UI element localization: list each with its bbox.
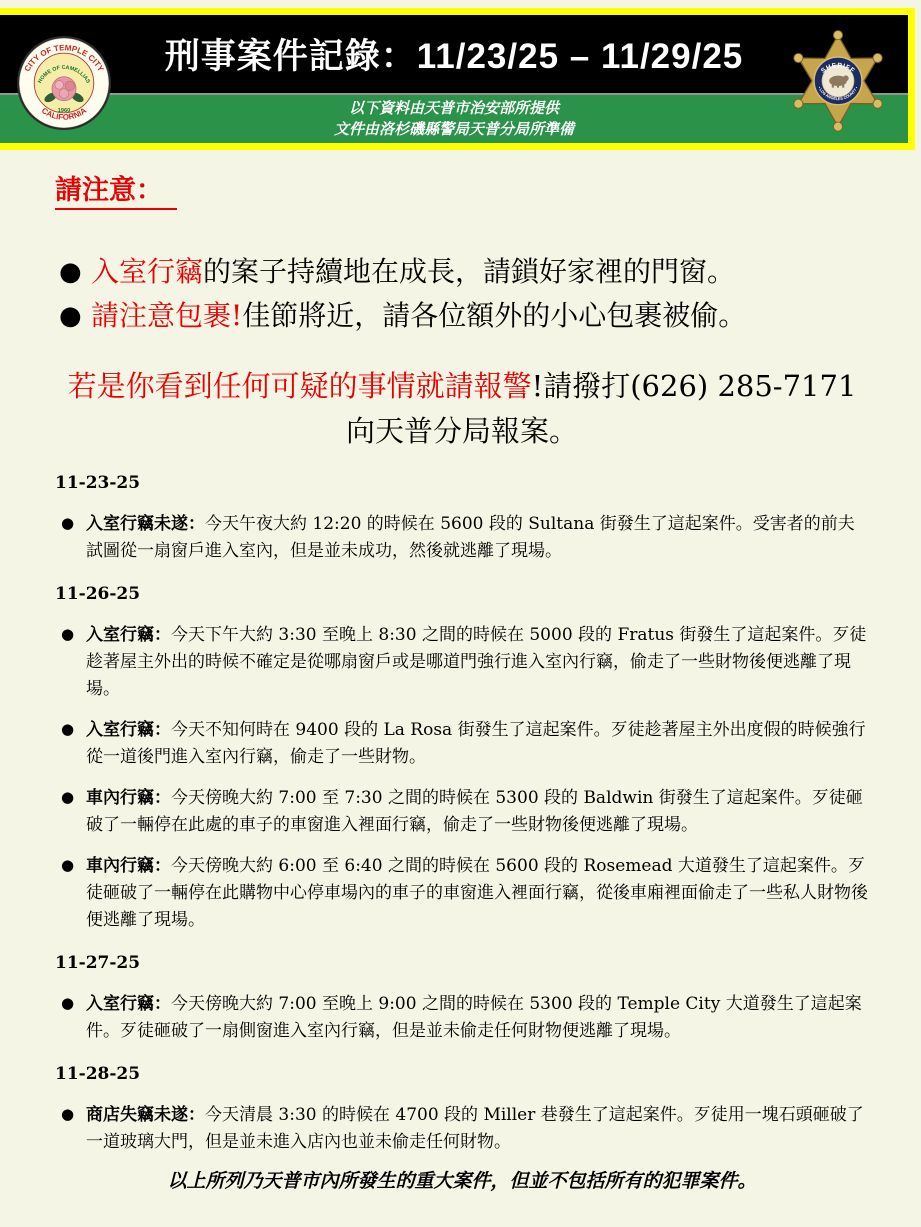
document-body: 請注意： ●入室行竊的案子持續地在成長，請鎖好家裡的門窗。 ●請注意包裹!佳節將… [0,150,921,1195]
warning-red-text: 若是你看到任何可疑的事情就請報警 [68,369,532,403]
notice-item: ●請注意包裹!佳節將近，請各位額外的小心包裹被偷。 [55,294,869,338]
notice-list: ●入室行竊的案子持續地在成長，請鎖好家裡的門窗。 ●請注意包裹!佳節將近，請各位… [55,250,869,338]
bullet-icon: ● [61,510,74,537]
header-banner: 刑事案件記錄：11/23/25 – 11/29/25 以下資料由天普市治安部所提… [0,8,915,150]
bullet-icon: ● [61,784,74,811]
notice-heading: 請注意： [55,174,177,210]
case-date-heading: 11-26-25 [55,581,869,608]
bullet-icon: ● [61,1101,74,1128]
sheriff-star-badge-icon: SHERIFF • LOS ANGELES COUNTY • [786,25,890,143]
case-type-label: 商店失竊未遂： [86,1105,205,1125]
bullet-icon: ● [61,852,74,879]
subtitle-line-1: 以下資料由天普市治安部所提供 [349,98,559,119]
case-entry-text: 今天傍晚大約 7:00 至晚上 9:00 之間的時候在 5300 段的 Temp… [86,994,862,1041]
bullet-icon: ● [59,250,82,294]
case-date-heading: 11-28-25 [55,1061,869,1088]
banner-subtitle-bar: 以下資料由天普市治安部所提供 文件由洛杉磯縣警局天普分局所準備 [0,93,908,143]
case-entry: ●車內行竊：今天傍晚大約 7:00 至 7:30 之間的時候在 5300 段的 … [55,785,869,839]
case-date-heading: 11-27-25 [55,950,869,977]
page-title: 刑事案件記錄：11/23/25 – 11/29/25 [165,29,744,79]
case-entry: ●入室行竊：今天下午大約 3:30 至晚上 8:30 之間的時候在 5000 段… [55,622,869,703]
case-type-label: 車內行竊： [86,788,171,808]
case-type-label: 入室行竊： [86,994,171,1014]
case-entry: ●入室行竊未遂：今天午夜大約 12:20 的時候在 5600 段的 Sultan… [55,511,869,565]
temple-city-seal-icon: CITY OF TEMPLE CITY CALIFORNIA HOME OF C… [16,35,112,131]
case-type-label: 入室行竊： [86,720,171,740]
notice-item: ●入室行竊的案子持續地在成長，請鎖好家裡的門窗。 [55,250,869,294]
case-entry: ●商店失竊未遂：今天清晨 3:30 的時候在 4700 段的 Miller 巷發… [55,1102,869,1156]
crime-log: 11-23-25 ●入室行竊未遂：今天午夜大約 12:20 的時候在 5600 … [55,470,869,1156]
case-entry: ●入室行竊：今天傍晚大約 7:00 至晚上 9:00 之間的時候在 5300 段… [55,991,869,1045]
bullet-icon: ● [61,716,74,743]
seal-year-text: 1960 [58,108,71,114]
case-type-label: 入室行竊未遂： [86,514,205,534]
case-entry: ●車內行竊：今天傍晚大約 6:00 至 6:40 之間的時候在 5600 段的 … [55,853,869,934]
bullet-icon: ● [61,621,74,648]
subtitle-line-2: 文件由洛杉磯縣警局天普分局所準備 [334,119,574,140]
banner-title-bar: 刑事案件記錄：11/23/25 – 11/29/25 [0,15,908,93]
case-entry-text: 今天傍晚大約 6:00 至 6:40 之間的時候在 5600 段的 Roseme… [86,856,868,930]
footer-disclaimer: 以上所列乃天普市內所發生的重大案件，但並不包括所有的犯罪案件。 [55,1168,869,1195]
notice-highlight: 請注意包裹! [91,299,242,332]
case-type-label: 車內行竊： [86,856,171,876]
warning-phone-text: !請撥打(626) 285-7171 [532,369,857,403]
report-warning: 若是你看到任何可疑的事情就請報警!請撥打(626) 285-7171 向天普分局… [55,364,869,454]
notice-highlight: 入室行竊 [91,255,203,288]
case-date-heading: 11-23-25 [55,470,869,497]
notice-text: 佳節將近，請各位額外的小心包裹被偷。 [242,299,746,332]
case-entry: ●入室行竊：今天不知何時在 9400 段的 La Rosa 街發生了這起案件。歹… [55,717,869,771]
notice-text: 的案子持續地在成長，請鎖好家裡的門窗。 [203,255,735,288]
case-type-label: 入室行竊： [86,625,171,645]
bullet-icon: ● [61,990,74,1017]
case-entry-text: 今天不知何時在 9400 段的 La Rosa 街發生了這起案件。歹徒趁著屋主外… [86,720,866,767]
bullet-icon: ● [59,294,82,338]
warning-line2: 向天普分局報案。 [346,414,578,448]
case-entry-text: 今天下午大約 3:30 至晚上 8:30 之間的時候在 5000 段的 Frat… [86,625,866,699]
case-entry-text: 今天傍晚大約 7:00 至 7:30 之間的時候在 5300 段的 Baldwi… [86,788,863,835]
